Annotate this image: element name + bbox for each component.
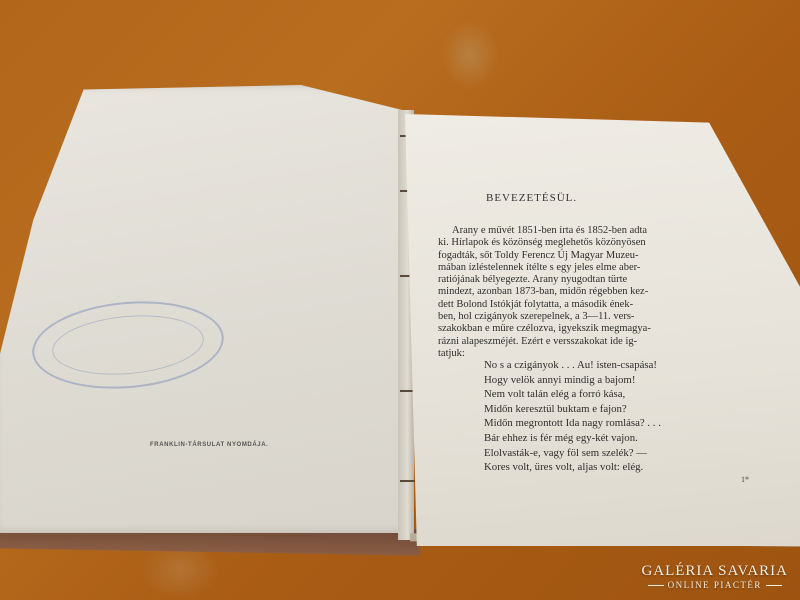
paragraph-line: szakokban e műre czélozva, igyekszik meg… <box>438 323 738 335</box>
left-page <box>0 85 418 533</box>
paragraph-line: mában ízléstelennek ítélte s egy jeles e… <box>438 262 738 274</box>
poem-line: Hogy velök annyi mindig a bajom! <box>484 373 661 388</box>
poem-line: Midőn megrontott Ida nagy romlása? . . . <box>484 416 661 431</box>
quoted-poem: No s a czigányok . . . Au! isten-csapása… <box>484 358 661 475</box>
paragraph-line: Arany e művét 1851-ben írta és 1852-ben … <box>438 225 738 237</box>
poem-line: Midőn keresztül buktam e fajon? <box>484 402 661 417</box>
poem-line: Elolvasták-e, vagy föl sem szelék? — <box>484 446 661 461</box>
introduction-paragraph: Arany e művét 1851-ben írta és 1852-ben … <box>438 225 738 360</box>
printer-imprint: FRANKLIN-TÁRSULAT NYOMDÁJA. <box>150 442 268 448</box>
watermark-title: GALÉRIA SAVARIA <box>641 563 788 580</box>
paragraph-line: mindezt, azonban 1873-ban, midőn régebbe… <box>438 286 738 298</box>
library-stamp-inner-ring <box>50 309 206 380</box>
watermark-subtitle: ONLINE PIACTÉR <box>668 580 762 590</box>
paragraph-line: ki. Hírlapok és közönség meglehetős közö… <box>438 237 738 249</box>
paragraph-line: rázni alapeszméjét. Ezért e versszakokat… <box>438 336 738 348</box>
paragraph-line: dett Bolond Istókját folytatta, a másodi… <box>438 299 738 311</box>
divider-line <box>648 585 664 586</box>
poem-line: Bár ehhez is fér még egy-két vajon. <box>484 431 661 446</box>
paragraph-line: ratiójának bélyegezte. Arany nyugodtan t… <box>438 274 738 286</box>
signature-mark: 1* <box>741 475 749 484</box>
watermark-subtitle-row: ONLINE PIACTÉR <box>641 580 788 590</box>
paragraph-line: ben, hol czigányok szerepelnek, a 3—11. … <box>438 311 738 323</box>
poem-line: Kores volt, üres volt, aljas volt: elég. <box>484 460 661 475</box>
chapter-title: BEVEZETÉSÜL. <box>486 192 577 204</box>
table-surface-mark <box>440 20 500 90</box>
paragraph-line: fogadták, sőt Toldy Ferencz Új Magyar Mu… <box>438 250 738 262</box>
watermark-logo: GALÉRIA SAVARIA ONLINE PIACTÉR <box>641 563 788 590</box>
poem-line: No s a czigányok . . . Au! isten-csapása… <box>484 358 661 373</box>
poem-line: Nem volt talán elég a forró kása, <box>484 387 661 402</box>
divider-line <box>766 585 782 586</box>
